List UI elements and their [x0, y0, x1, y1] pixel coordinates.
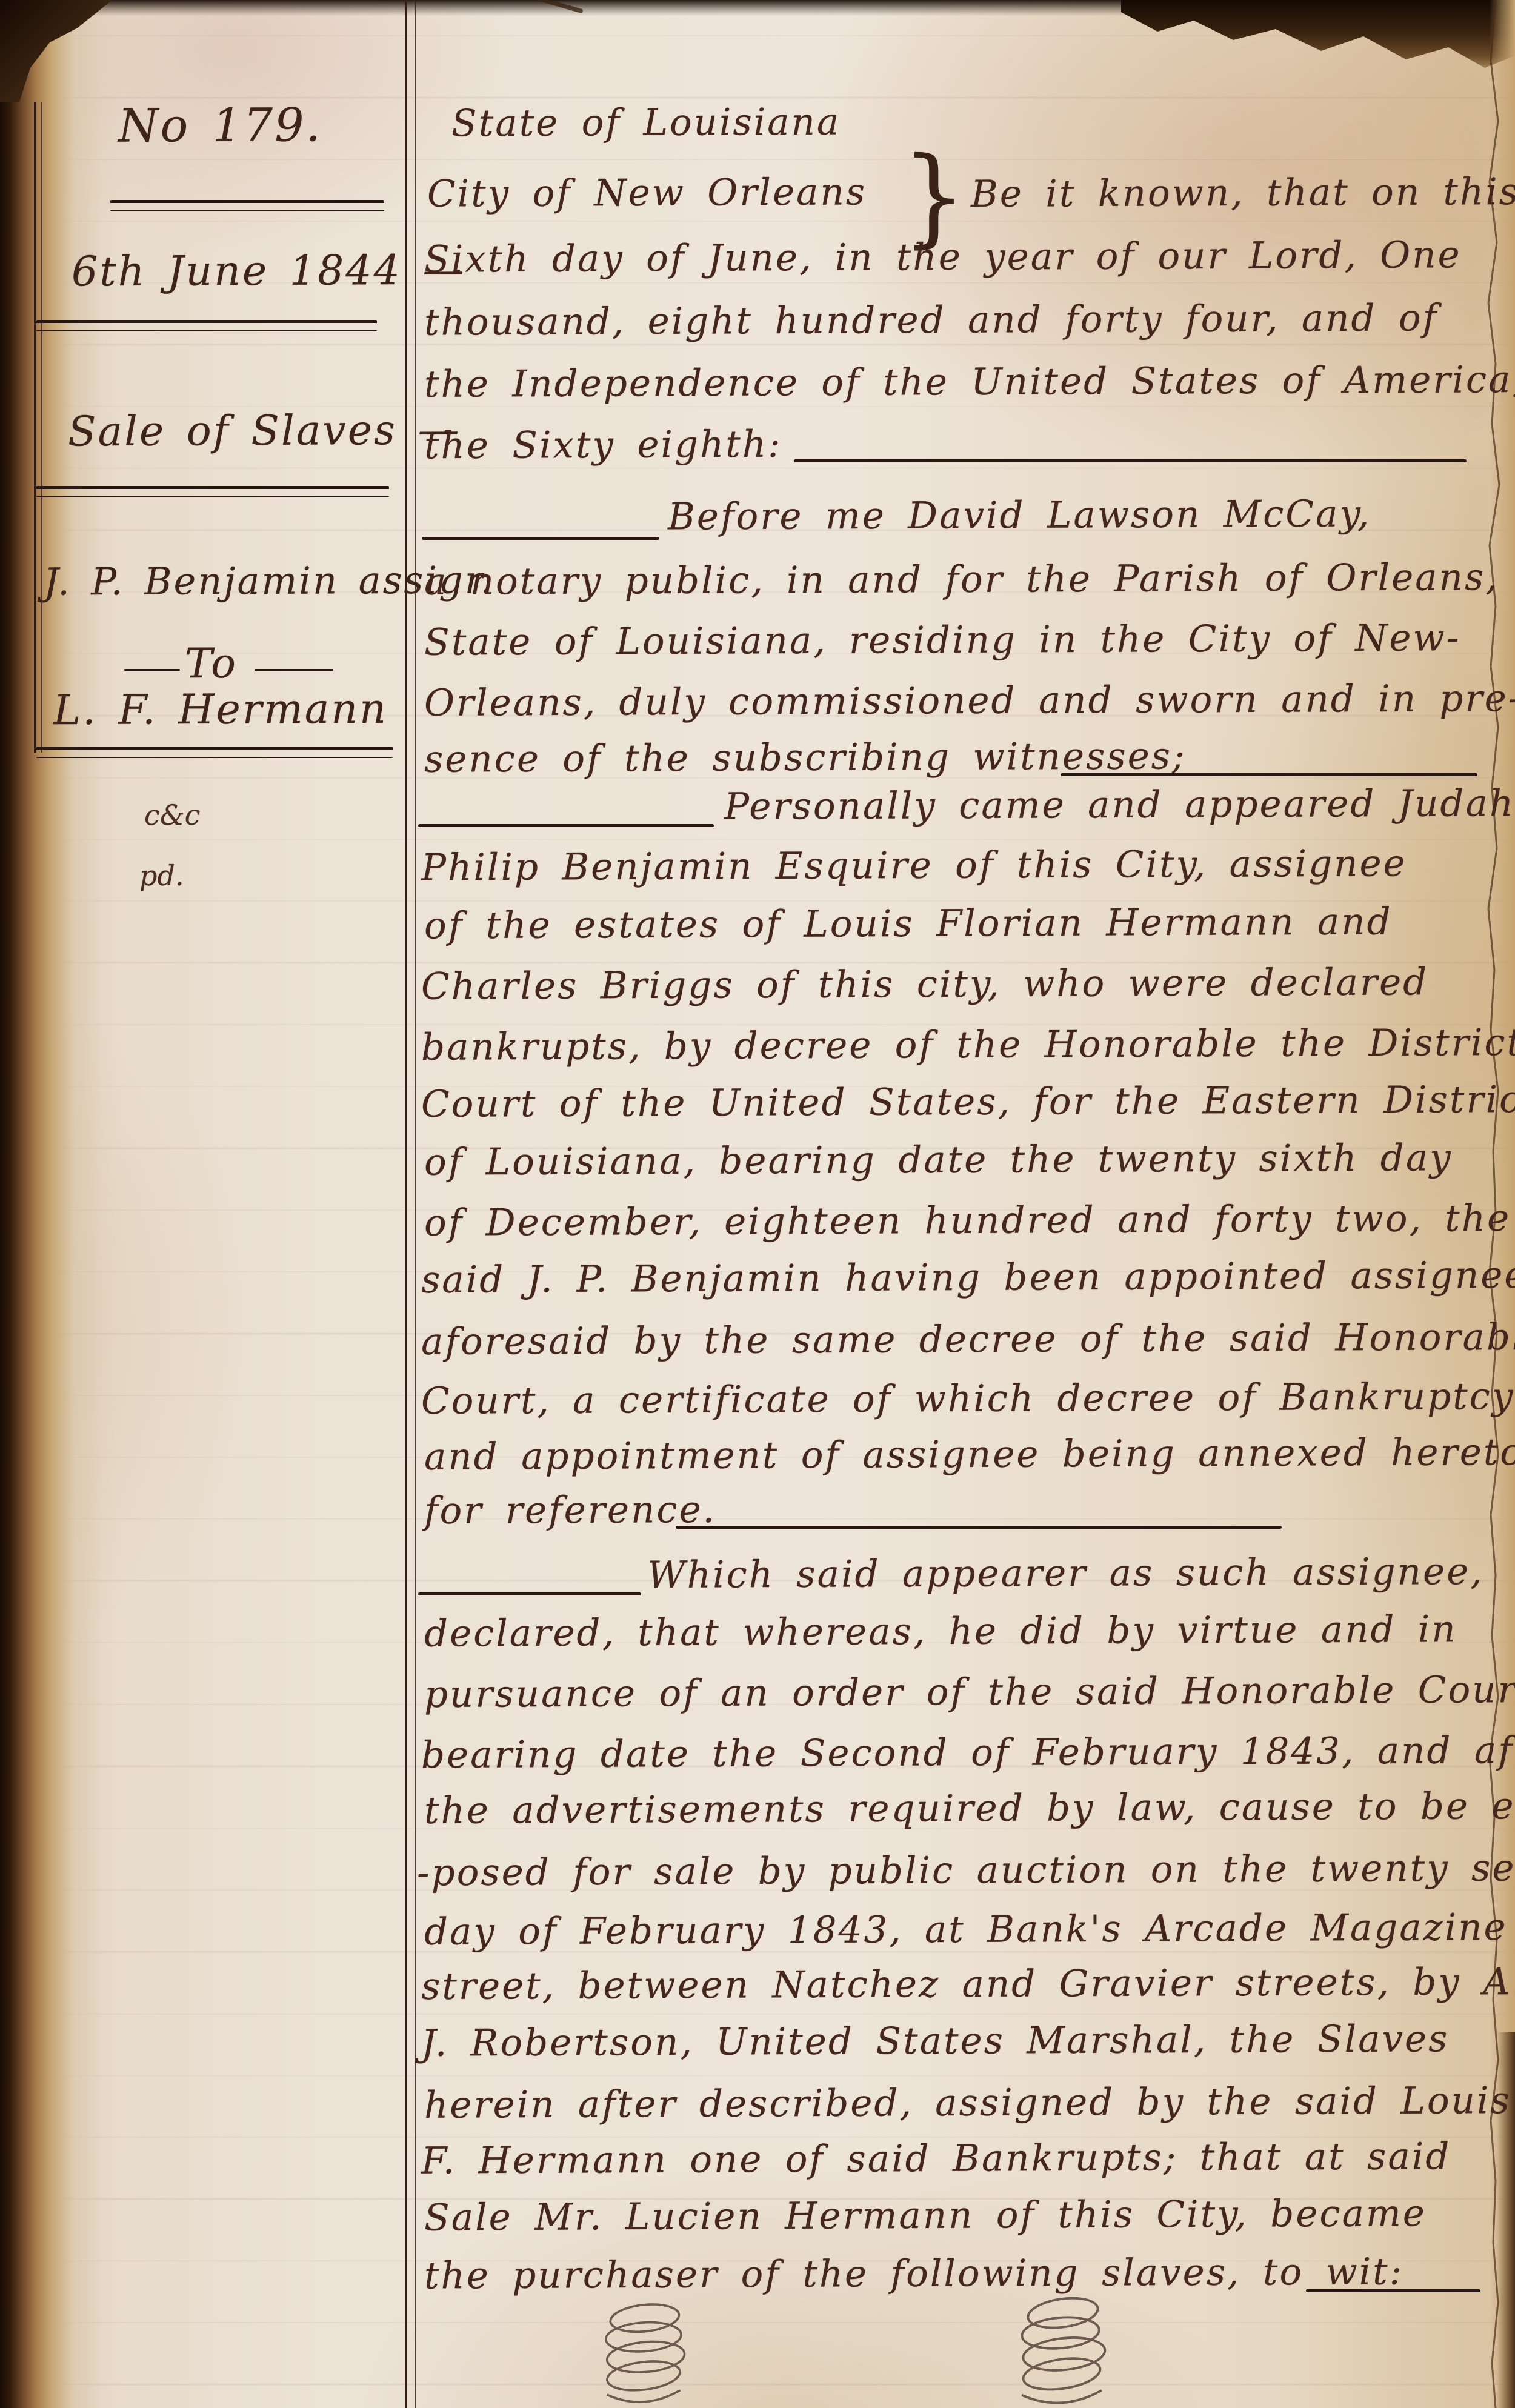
manuscript-line: Orleans, duly commissioned and sworn and… — [424, 680, 1515, 722]
margin-note-paid: pd. — [139, 859, 184, 892]
manuscript-line: of December, eighteen hundred and forty … — [424, 1200, 1511, 1242]
manuscript-line: Court, a certificate of which decree of … — [421, 1378, 1515, 1420]
manuscript-line: the Independence of the United States of… — [424, 361, 1515, 403]
manuscript-line: the purchaser of the following slaves, t… — [424, 2253, 1404, 2294]
docket-box-left-rule-inner — [41, 102, 42, 753]
manuscript-line: F. Hermann one of said Bankrupts; that a… — [421, 2138, 1451, 2179]
manuscript-line: of the estates of Louis Florian Hermann … — [424, 903, 1393, 945]
ink-rule — [1060, 773, 1477, 776]
manuscript-line: and appointment of assignee being annexe… — [424, 1434, 1515, 1475]
manuscript-line: bearing date the Second of February 1843… — [421, 1732, 1515, 1774]
entry-date: 6th June 1844 — — [72, 247, 466, 296]
manuscript-line: said J. P. Benjamin having been appointe… — [421, 1257, 1515, 1299]
manuscript-line: a notary public, in and for the Parish o… — [424, 559, 1499, 600]
manuscript-line: pursuance of an order of the said Honora… — [424, 1671, 1515, 1713]
manuscript-line: State of Louisiana, residing in the City… — [424, 619, 1461, 660]
manuscript-line: aforesaid by the same decree of the said… — [421, 1319, 1515, 1360]
manuscript-line: bankrupts, by decree of the Honorable th… — [421, 1024, 1515, 1066]
spiral-flourish-icon — [589, 2303, 698, 2408]
ink-rule — [422, 537, 659, 540]
ink-rule — [676, 1526, 1282, 1529]
entry-title: Sale of Slaves — — [68, 407, 461, 456]
manuscript-line: Philip Benjamin Esquire of this City, as… — [421, 845, 1407, 886]
manuscript-line: the advertisements required by law, caus… — [424, 1788, 1515, 1829]
manuscript-line: of Louisiana, bearing date the twenty si… — [424, 1139, 1453, 1180]
ink-rule — [794, 459, 1467, 462]
notarial-ledger-page: No 179. 6th June 1844 — Sale of Slaves —… — [0, 0, 1515, 2408]
manuscript-line: City of New Orleans — [427, 173, 867, 212]
entry-number: No 179. — [118, 98, 322, 152]
docket-underline — [110, 200, 384, 211]
margin-divider-rule-inner — [415, 0, 416, 2408]
margin-note-cc: c&c — [144, 799, 201, 831]
docket-underline — [36, 747, 393, 758]
manuscript-line: Court of the United States, for the East… — [421, 1081, 1515, 1123]
ink-rule — [1306, 2289, 1480, 2292]
manuscript-line: for reference. — [424, 1491, 716, 1529]
manuscript-line: the Sixty eighth: — [424, 426, 782, 465]
manuscript-line: thousand, eight hundred and forty four, … — [424, 299, 1438, 341]
manuscript-line: Sixth day of June, in the year of our Lo… — [424, 236, 1462, 278]
manuscript-line: Sale Mr. Lucien Hermann of this City, be… — [424, 2195, 1427, 2236]
manuscript-line: -posed for sale by public auction on the… — [417, 1849, 1515, 1892]
manuscript-line: Charles Briggs of this city, who were de… — [421, 963, 1428, 1005]
to-label: To — [185, 640, 238, 688]
book-binding-gutter — [0, 0, 103, 2408]
manuscript-line: Before me David Lawson McCay, — [668, 495, 1371, 535]
manuscript-line: Personally came and appeared Judah — [724, 785, 1515, 825]
margin-divider-rule-outer — [405, 0, 407, 2408]
manuscript-line: State of Louisiana — [451, 104, 841, 142]
manuscript-line: Be it known, that on this — [971, 173, 1515, 213]
manuscript-line: street, between Natchez and Gravier stre… — [421, 1963, 1515, 2005]
manuscript-line: herein after described, assigned by the … — [424, 2082, 1511, 2124]
ink-rule — [418, 824, 714, 827]
docket-box-left-rule — [34, 102, 36, 753]
manuscript-line: Which said appearer as such assignee, — [647, 1553, 1484, 1594]
manuscript-line: sence of the subscribing witnesses; — [424, 737, 1187, 777]
manuscript-line: declared, that whereas, he did by virtue… — [424, 1611, 1457, 1652]
manuscript-line: J. Robertson, United States Marshal, the… — [421, 2020, 1450, 2061]
to-dash-left — [124, 669, 180, 671]
docket-underline — [36, 320, 377, 331]
docket-underline — [36, 486, 389, 497]
to-dash-right — [255, 669, 333, 671]
spiral-flourish-icon — [1007, 2297, 1116, 2408]
ink-rule — [418, 1592, 641, 1595]
manuscript-line: day of February 1843, at Bank's Arcade M… — [424, 1909, 1508, 1951]
party-to: L. F. Hermann — [53, 685, 388, 734]
